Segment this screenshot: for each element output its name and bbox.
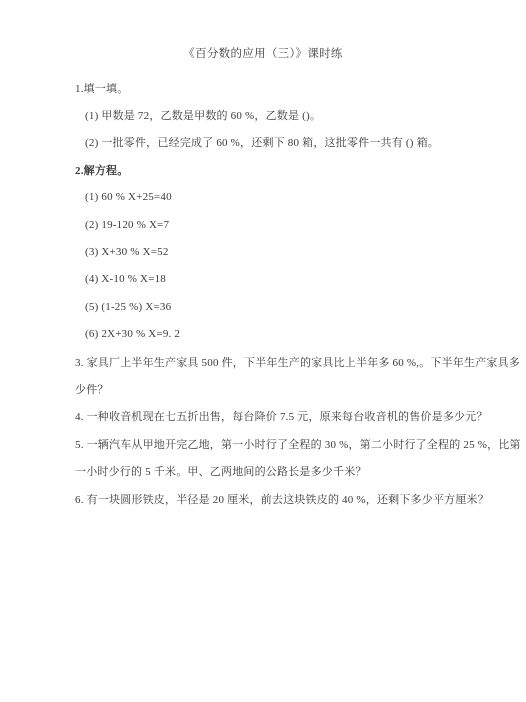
worksheet-body: 1.填一填。 (1) 甲数是 72，乙数是甲数的 60 %，乙数是 ()。 (2… — [75, 74, 506, 512]
problem-6-line-1: 6. 有一块圆形铁皮，半径是 20 厘米，前去这块铁皮的 40 %，还剩下多少平… — [75, 485, 506, 512]
fill-item-2: (2) 一批零件，已经完成了 60 %，还剩下 80 箱，这批零件一共有 () … — [75, 129, 506, 156]
problem-5-line-1: 5. 一辆汽车从甲地开完乙地，第一小时行了全程的 30 %，第二小时行了全程的 … — [75, 430, 506, 457]
section-fill-heading: 1.填一填。 — [75, 74, 506, 101]
equation-2: (2) 19-120 % X=7 — [75, 211, 506, 238]
equation-5: (5) (1-25 %) X=36 — [75, 293, 506, 320]
worksheet-title: 《百分数的应用（三）》课时练 — [0, 0, 526, 61]
problem-4-line-1: 4. 一种收音机现在七五折出售，每台降价 7.5 元，原来每台收音机的售价是多少… — [75, 403, 506, 430]
equation-6: (6) 2X+30 % X=9. 2 — [75, 321, 506, 348]
section-equations-heading: 2.解方程。 — [75, 156, 506, 183]
problem-3-line-2: 少件？ — [75, 375, 506, 402]
equation-3: (3) X+30 % X=52 — [75, 238, 506, 265]
equation-4: (4) X-10 % X=18 — [75, 266, 506, 293]
problem-5-line-2: 一小时少行的 5 千米。甲、乙两地间的公路长是多少千米？ — [75, 457, 506, 484]
problem-3-line-1: 3. 家具厂上半年生产家具 500 件，下半年生产的家具比上半年多 60 %,。… — [75, 348, 506, 375]
equation-1: (1) 60 % X+25=40 — [75, 184, 506, 211]
worksheet-page: 《百分数的应用（三）》课时练 1.填一填。 (1) 甲数是 72，乙数是甲数的 … — [0, 0, 526, 702]
fill-item-1: (1) 甲数是 72，乙数是甲数的 60 %，乙数是 ()。 — [75, 101, 506, 128]
